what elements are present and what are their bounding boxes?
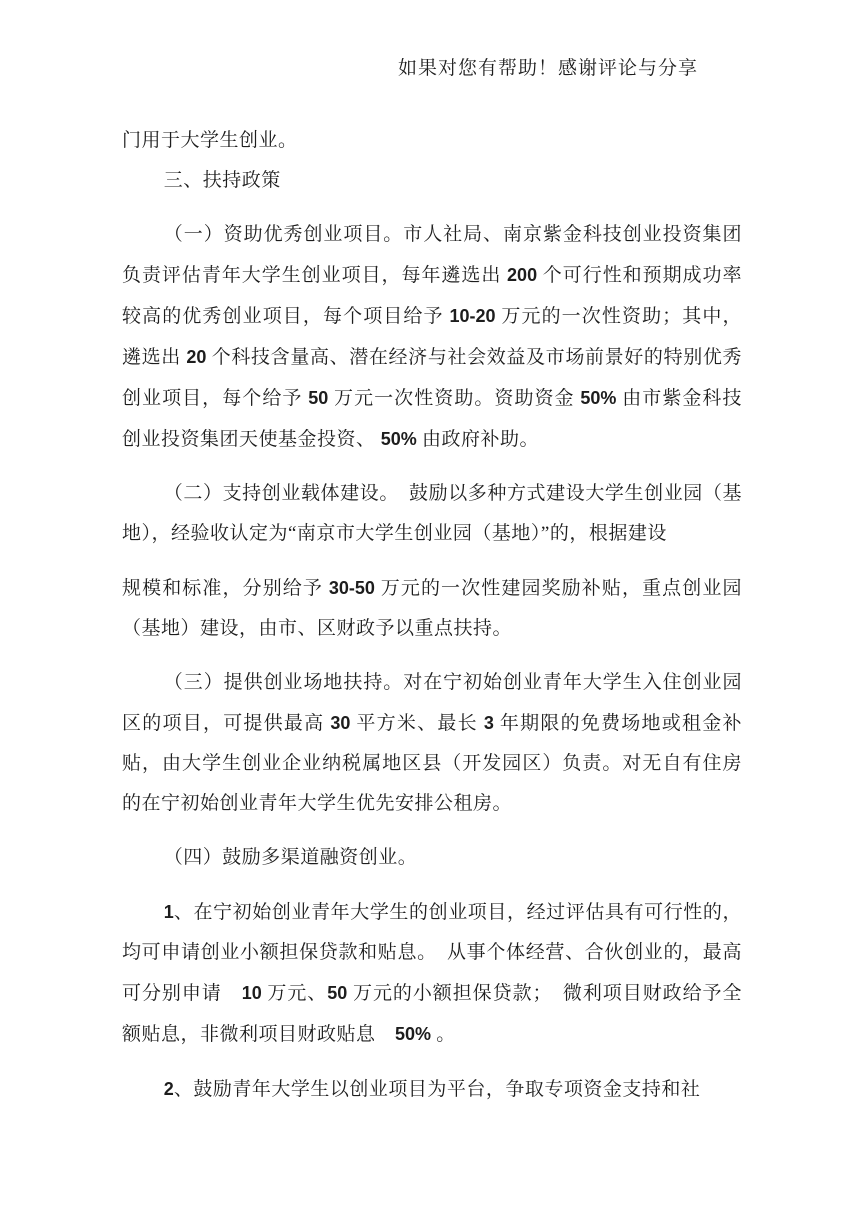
text-run: （四）鼓励多渠道融资创业。 <box>164 847 418 868</box>
numeric-run: 1 <box>164 902 174 922</box>
paragraph: 三、扶持政策 <box>122 161 742 201</box>
text-run: 万元一次性资助。资助资金 <box>328 388 580 409</box>
numeric-run: 30 <box>330 713 350 733</box>
numeric-run: 2 <box>164 1079 174 1099</box>
numeric-run: 50% <box>580 388 616 408</box>
paragraph: 门用于大学生创业。 <box>122 121 742 161</box>
paragraph: 2、鼓励青年大学生以创业项目为平台，争取专项资金支持和社 <box>122 1069 742 1110</box>
text-run: 平方米、最长 <box>350 713 483 734</box>
document-page: 如果对您有帮助！感谢评论与分享 门用于大学生创业。三、扶持政策（一）资助优秀创业… <box>0 0 860 1218</box>
paragraph: 1、在宁初始创业青年大学生的创业项目，经过评估具有可行性的，均可申请创业小额担保… <box>122 892 742 1055</box>
numeric-run: 10-20 <box>449 306 495 326</box>
text-run: 规模和标准，分别给予 <box>122 578 329 599</box>
paragraph: （一）资助优秀创业项目。市人社局、南京紫金科技创业投资集团负责评估青年大学生创业… <box>122 215 742 460</box>
text-run: 万元、 <box>262 983 328 1004</box>
text-run: 、鼓励青年大学生以创业项目为平台，争取专项资金支持和社 <box>174 1079 701 1100</box>
numeric-run: 50 <box>327 983 347 1003</box>
numeric-run: 50 <box>308 388 328 408</box>
numeric-run: 50% <box>381 429 417 449</box>
numeric-run: 10 <box>242 983 262 1003</box>
numeric-run: 30-50 <box>329 578 375 598</box>
text-run: 。 <box>431 1024 456 1045</box>
text-run: 三、扶持政策 <box>164 170 281 191</box>
paragraph: 规模和标准，分别给予 30-50 万元的一次性建园奖励补贴，重点创业园（基地）建… <box>122 568 742 649</box>
numeric-run: 3 <box>484 713 494 733</box>
text-run: 由政府补助。 <box>417 429 539 450</box>
paragraph: （四）鼓励多渠道融资创业。 <box>122 838 742 878</box>
text-run: 门用于大学生创业。 <box>122 130 298 151</box>
numeric-run: 50% <box>395 1024 431 1044</box>
page-header-note: 如果对您有帮助！感谢评论与分享 <box>0 0 860 82</box>
document-body: 门用于大学生创业。三、扶持政策（一）资助优秀创业项目。市人社局、南京紫金科技创业… <box>0 121 860 1110</box>
numeric-run: 200 <box>507 265 537 285</box>
paragraph: （二）支持创业载体建设。 鼓励以多种方式建设大学生创业园（基地），经验收认定为“… <box>122 474 742 554</box>
paragraph: （三）提供创业场地扶持。对在宁初始创业青年大学生入住创业园区的项目，可提供最高 … <box>122 663 742 824</box>
text-run: （二）支持创业载体建设。 鼓励以多种方式建设大学生创业园（基地），经验收认定为“… <box>122 483 742 544</box>
numeric-run: 20 <box>186 347 206 367</box>
